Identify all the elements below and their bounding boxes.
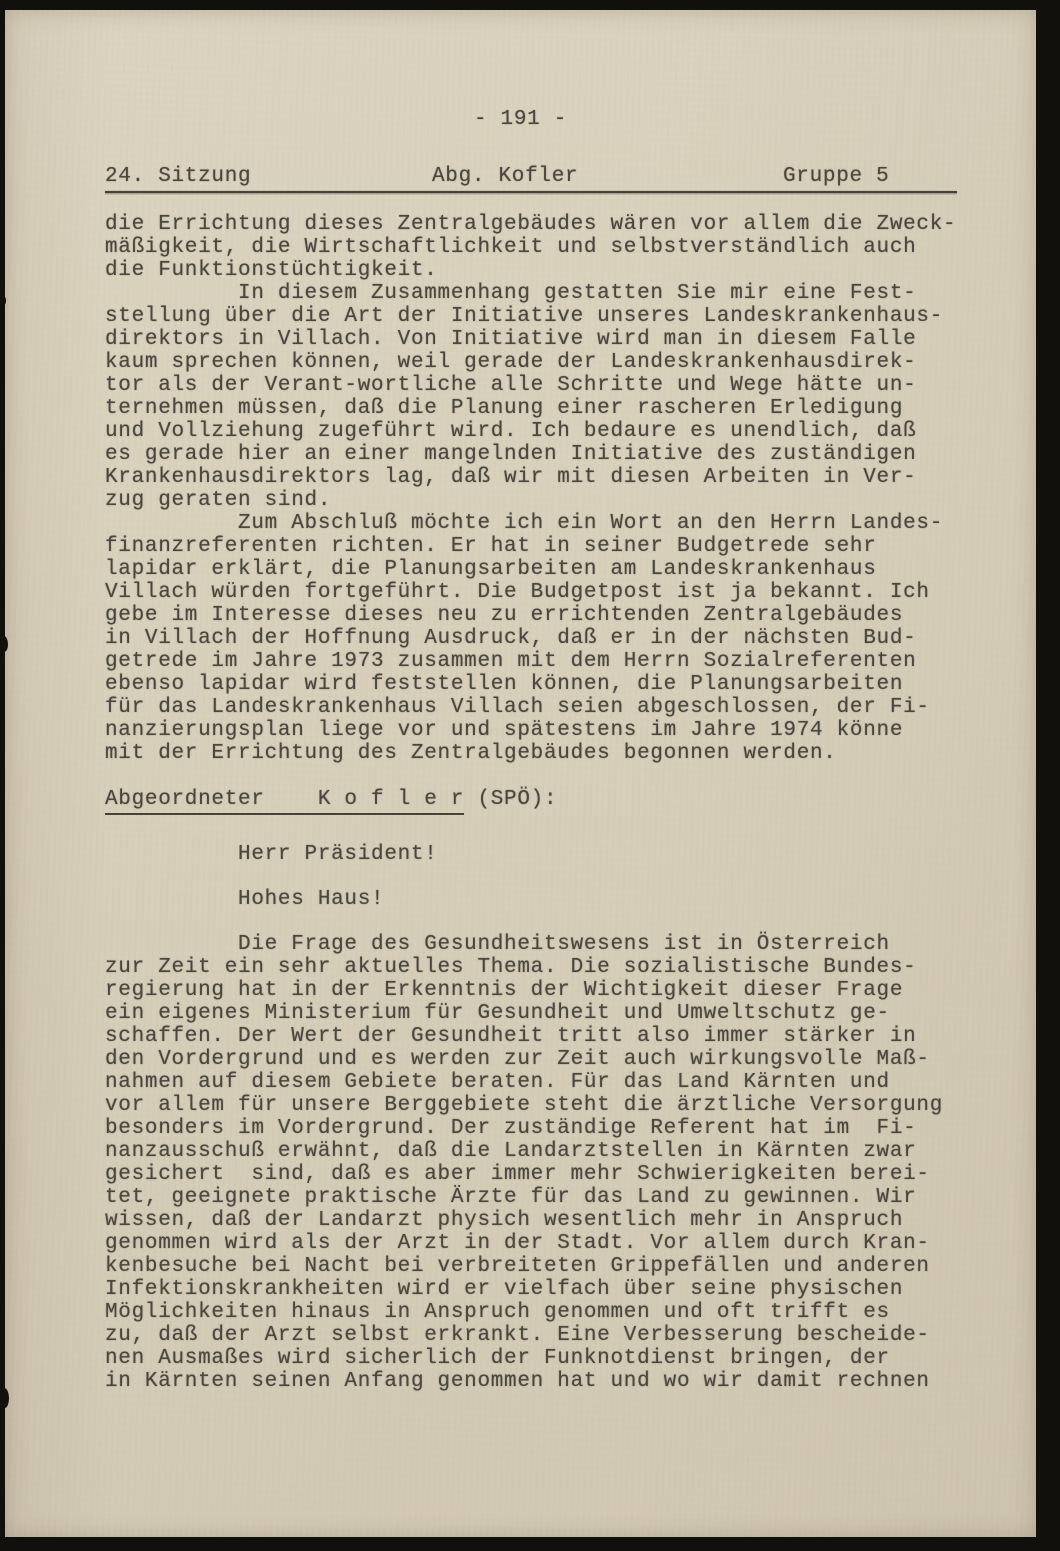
text-line: lapidar erklärt, die Planungsarbeiten am… xyxy=(105,558,975,581)
header-underline-rule xyxy=(105,191,957,193)
text-line: direktors in Villach. Von Initiative wir… xyxy=(105,328,975,351)
text-line: mäßigkeit, die Wirtschaftlichkeit und se… xyxy=(105,236,975,259)
text-line: in Kärnten seinen Anfang genommen hat un… xyxy=(105,1370,975,1393)
text-line: In diesem Zusammenhang gestatten Sie mir… xyxy=(105,282,975,305)
text-line: mit der Errichtung des Zentralgebäudes b… xyxy=(105,742,975,765)
header-speaker-label: Abg. Kofler xyxy=(432,165,578,188)
paragraph-initiative-direktor: In diesem Zusammenhang gestatten Sie mir… xyxy=(105,282,975,512)
text-line: genommen wird als der Arzt in der Stadt.… xyxy=(105,1232,975,1255)
text-line: Infektionskrankheiten wird er vielfach ü… xyxy=(105,1278,975,1301)
header-group-label: Gruppe 5 xyxy=(783,165,889,188)
text-line: Möglichkeiten hinaus in Anspruch genomme… xyxy=(105,1301,975,1324)
text-line: Zum Abschluß möchte ich ein Wort an den … xyxy=(105,512,975,535)
text-line: zu, daß der Arzt selbst erkrankt. Eine V… xyxy=(105,1324,975,1347)
text-line: ein eigenes Ministerium für Gesundheit u… xyxy=(105,1002,975,1025)
text-line: die Errichtung dieses Zentralgebäudes wä… xyxy=(105,213,975,236)
text-line: regierung hat in der Erkenntnis der Wich… xyxy=(105,979,975,1002)
text-line: zug geraten sind. xyxy=(105,489,975,512)
salutation-president: Herr Präsident! xyxy=(105,843,975,866)
text-line: und Vollziehung zugeführt wird. Ich beda… xyxy=(105,420,975,443)
text-line: vor allem für unsere Berggebiete steht d… xyxy=(105,1094,975,1117)
text-line: nen Ausmaßes wird sicherlich der Funknot… xyxy=(105,1347,975,1370)
text-line: für das Landeskrankenhaus Villach seien … xyxy=(105,696,975,719)
paragraph-funktionstuechtigkeit: die Errichtung dieses Zentralgebäudes wä… xyxy=(105,213,975,282)
text-line: Villach würden fortgeführt. Die Budgetpo… xyxy=(105,581,975,604)
scanned-page-frame: - 191 - 24. Sitzung Abg. Kofler Gruppe 5… xyxy=(0,0,1060,1551)
text-line: die Funktionstüchtigkeit. xyxy=(105,259,975,282)
page-number: - 191 - xyxy=(5,108,1036,131)
text-line: nahmen auf diesem Gebiete beraten. Für d… xyxy=(105,1071,975,1094)
text-line: getrede im Jahre 1973 zusammen mit dem H… xyxy=(105,650,975,673)
text-line: nanzierungsplan liege vor und spätestens… xyxy=(105,719,975,742)
text-line: stellung über die Art der Initiative uns… xyxy=(105,305,975,328)
scan-speck-artifact xyxy=(2,296,6,305)
page-header: 24. Sitzung Abg. Kofler Gruppe 5 xyxy=(5,165,1036,191)
text-line: wissen, daß der Landarzt physich wesentl… xyxy=(105,1209,975,1232)
text-line: Krankenhausdirektors lag, daß wir mit di… xyxy=(105,466,975,489)
speaker-heading: Abgeordneter K o f l e r (SPÖ): xyxy=(105,788,975,816)
salutation-house: Hohes Haus! xyxy=(105,888,975,911)
text-line: gesichert sind, daß es aber immer mehr S… xyxy=(105,1163,975,1186)
header-session-label: 24. Sitzung xyxy=(105,165,251,188)
text-line: kaum sprechen können, weil gerade der La… xyxy=(105,351,975,374)
paragraph-landesfinanzreferent: Zum Abschluß möchte ich ein Wort an den … xyxy=(105,512,975,765)
text-line: es gerade hier an einer mangelnden Initi… xyxy=(105,443,975,466)
document-page: - 191 - 24. Sitzung Abg. Kofler Gruppe 5… xyxy=(5,10,1036,1537)
paragraph-gesundheitswesen: Die Frage des Gesundheitswesens ist in Ö… xyxy=(105,933,975,1393)
speaker-heading-underlined: Abgeordneter K o f l e r xyxy=(105,788,464,815)
text-line: Die Frage des Gesundheitswesens ist in Ö… xyxy=(105,933,975,956)
scan-speck-artifact xyxy=(0,1388,9,1408)
text-line: tet, geeignete praktische Ärzte für das … xyxy=(105,1186,975,1209)
scan-speck-artifact xyxy=(0,636,8,652)
text-line: den Vordergrund und es werden zur Zeit a… xyxy=(105,1048,975,1071)
text-line: kenbesuche bei Nacht bei verbreiteten Gr… xyxy=(105,1255,975,1278)
text-line: besonders im Vordergrund. Der zuständige… xyxy=(105,1117,975,1140)
text-line: finanzreferenten richten. Er hat in sein… xyxy=(105,535,975,558)
text-line: ternehmen müssen, daß die Planung einer … xyxy=(105,397,975,420)
text-line: tor als der Verant-wortliche alle Schrit… xyxy=(105,374,975,397)
body-text-column: die Errichtung dieses Zentralgebäudes wä… xyxy=(105,213,975,1393)
text-line: zur Zeit ein sehr aktuelles Thema. Die s… xyxy=(105,956,975,979)
text-line: gebe im Interesse dieses neu zu errichte… xyxy=(105,604,975,627)
speaker-heading-party: (SPÖ): xyxy=(464,788,557,811)
text-line: nanzausschuß erwähnt, daß die Landarztst… xyxy=(105,1140,975,1163)
text-line: in Villach der Hoffnung Ausdruck, daß er… xyxy=(105,627,975,650)
text-line: schaffen. Der Wert der Gesundheit tritt … xyxy=(105,1025,975,1048)
text-line: ebenso lapidar wird feststellen können, … xyxy=(105,673,975,696)
